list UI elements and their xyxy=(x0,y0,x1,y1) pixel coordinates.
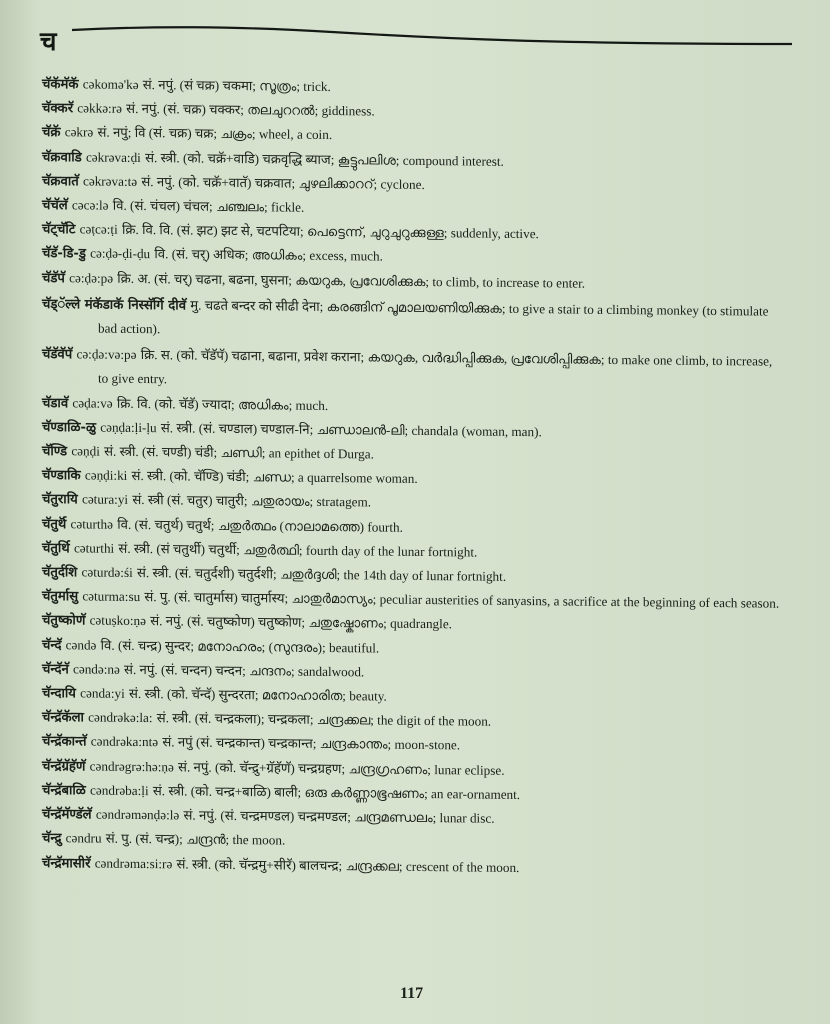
pronunciation: cəndrəka:ntə xyxy=(91,734,158,750)
headword: चॅडॅ-डि-डु xyxy=(42,246,86,261)
definition: सं. स्त्री. (सं. चतुर्दशी) चतुर्दशी; ചതു… xyxy=(137,565,506,584)
definition: सं. स्त्री. (को. चक्रॅ+वाडि) चक्रवृद्धि … xyxy=(145,150,504,169)
definition: सं. नपुं (सं. चन्द्रकान्त) चन्द्रकान्त; … xyxy=(162,735,460,753)
headword: चॅण्डि xyxy=(42,444,67,459)
entry-list: चॅकॅमॅकॅ cəkomə'kə सं. नपुं. (सं चक्र) च… xyxy=(42,72,782,882)
pronunciation: cəndrəkə:la: xyxy=(88,710,152,726)
definition: सं. नपुं. (सं. चक्र) चक्कर; തലചുററൽ; gid… xyxy=(126,101,375,119)
headword: चॅक्रॅ xyxy=(42,125,61,140)
headword: चॅड्ॅल्ले मंकॅडाकॅ निस्सॅर्गि दीवॅ xyxy=(42,297,186,314)
definition: सं. स्त्री. (सं चतुर्थी) चतुर्थी; ചതുർത്… xyxy=(118,541,477,560)
pronunciation: cəṭcə:ṭi xyxy=(80,222,118,237)
definition: सं. स्त्री. (सं. चण्डाल) चण्डाल-नि; ചണ്ഡ… xyxy=(161,420,542,439)
dictionary-entry: चॅडॅवॅपॅ cə:ḍə:və:pə क्रि. स. (को. चॅडॅप… xyxy=(42,342,782,398)
pronunciation: cəndə xyxy=(66,637,97,652)
definition: सं. स्त्री. (को. चॅण्डि) चंडी; ചണ്ഡ; a q… xyxy=(132,468,418,486)
definition: सं. स्त्री. (सं. चण्डी) चंडी; ചണ്ഡി; an … xyxy=(104,444,374,462)
headword: चॅन्द्रॅमॅण्डॅलॅ xyxy=(42,807,92,823)
headword: चॅन्दॅ xyxy=(42,638,61,653)
definition: सं. नपुं. (को. चक्रॅ+वातॅ) चक्रवात; ചുഴല… xyxy=(141,174,424,192)
pronunciation: cətura:yi xyxy=(82,492,128,507)
definition: सं. नपुं. (सं. चन्द्रमण्डल) चन्द्रमण्डल;… xyxy=(184,808,495,826)
definition: सं. पु. (सं. चन्द्र); ചന്ദ്രൻ; the moon. xyxy=(106,831,286,848)
definition: वि. (सं. चतुर्थ) चतुर्थ; ചതുർത്ഥം (നാലാമ… xyxy=(117,516,403,534)
pronunciation: cəṇḍa:ḷi-ḷu xyxy=(100,419,156,435)
header-rule xyxy=(72,24,792,54)
headword: चॅकॅमॅकॅ xyxy=(42,77,79,92)
headword: चॅन्द्रु xyxy=(42,831,61,846)
headword: चॅट्चॅटि xyxy=(42,222,75,237)
headword: चॅचॅलॅ xyxy=(42,198,68,213)
definition: सं. स्त्री. (को. चन्द्र+बाळि) बाली; ഒരു … xyxy=(153,783,520,802)
definition: सं. नपुं. (सं. चतुष्कोण) चतुष्कोण; ചതുഷ്… xyxy=(150,614,452,632)
definition: सं. स्त्री. (को. चॅन्दॅ) सुन्दरता; മനോഹാ… xyxy=(129,686,387,704)
headword: चॅडॅवॅपॅ xyxy=(42,347,72,362)
pronunciation: cəṇḍi xyxy=(71,443,100,458)
dictionary-page: च चॅकॅमॅकॅ cəkomə'kə सं. नपुं. (सं चक्र)… xyxy=(0,0,830,1024)
pronunciation: cəkomə'kə xyxy=(83,76,139,92)
headword: चॅण्डाळि-ळु xyxy=(42,420,96,436)
headword: चॅन्द्रॅकान्तॅ xyxy=(42,734,87,749)
headword: चॅन्द्रॅबाळि xyxy=(42,783,86,798)
headword: चॅडावॅ xyxy=(42,396,68,411)
headword: चॅतुरायि xyxy=(42,492,78,507)
pronunciation: cə:ḍə:və:pə xyxy=(76,347,136,363)
pronunciation: cəndrəma:si:rə xyxy=(95,855,173,871)
definition: सं. नपुं. (सं चक्र) चकमा; സൂത്രം; trick. xyxy=(143,77,331,94)
definition: वि. (सं. चन्द्र) सुन्दर; മനോഹരം; (സുന്ദര… xyxy=(101,637,380,655)
definition: सं. नपुं. (को. चॅन्द्रु+ग्रॅहॅणॅ) चन्द्र… xyxy=(178,759,504,777)
pronunciation: cəkrəva:tə xyxy=(83,173,137,189)
pronunciation: cəkrə xyxy=(65,125,94,140)
definition: वि. (सं. चर्) अधिक; അധികം; excess, much. xyxy=(154,247,383,264)
headword: चॅक्करॅ xyxy=(42,101,73,116)
headword: चॅतुर्थि xyxy=(42,541,70,556)
definition: क्रि. वि. वि. (सं. झट) झट से, चटपटिया; പ… xyxy=(122,222,539,241)
pronunciation: cəndə:nə xyxy=(73,661,120,676)
definition: सं. पु. (सं. चातुर्मास) चातुर्मास्य; ചാത… xyxy=(144,589,779,611)
pronunciation: cə:ḍə-ḍi-ḍu xyxy=(90,246,150,262)
pronunciation: cə:ḍə:pə xyxy=(69,270,113,285)
headword: चॅन्द्रॅमासीरॅ xyxy=(42,856,90,872)
definition: मु. चढते बन्दर को सीढी देना; കരങ്ങിന് പൂ… xyxy=(98,297,769,336)
pronunciation: cəndru xyxy=(66,831,102,846)
headword: चॅडॅपॅ xyxy=(42,271,65,286)
definition: क्रि. स. (को. चॅडॅपॅ) चढाना, बढाना, प्रव… xyxy=(98,347,772,386)
pronunciation: cəkkə:rə xyxy=(77,101,122,116)
definition: सं. स्त्री. (सं. चन्द्रकला); चन्द्रकला; … xyxy=(157,710,491,729)
headword: चॅतुर्थॅ xyxy=(42,517,66,532)
headword: चॅन्द्रॅग्रॅहॅणॅ xyxy=(42,759,85,774)
pronunciation: cəkrəva:ḍi xyxy=(86,149,141,165)
headword: चॅतुष्कोणॅ xyxy=(42,613,85,628)
page-number: 117 xyxy=(400,985,423,1003)
page-header: च xyxy=(40,14,800,54)
pronunciation: cəṇḍi:ki xyxy=(85,468,127,483)
headword: चॅतुर्मासु xyxy=(42,589,78,604)
definition: वि. (सं. चंचल) चंचल; ചഞ്ചലം; fickle. xyxy=(113,198,305,215)
headword: चॅण्डाकि xyxy=(42,468,81,483)
headword: चॅतुर्दशि xyxy=(42,565,77,580)
headword: चॅन्द्रॅकॅला xyxy=(42,710,84,725)
definition: सं. नपुं; वि (सं. चक्र) चक्र; ചക്രം; whe… xyxy=(97,125,332,142)
pronunciation: cəndrəmənḍə:lə xyxy=(96,807,179,823)
pronunciation: cəḍa:və xyxy=(72,395,112,410)
definition: सं. नपुं. (सं. चन्दन) चन्दन; ചന്ദനം; san… xyxy=(124,662,364,680)
section-letter: च xyxy=(40,22,57,58)
definition: क्रि. अ. (सं. चर्) चढना, बढना, घुसना; കയ… xyxy=(117,270,585,290)
headword: चॅक्रवातॅ xyxy=(42,174,79,189)
pronunciation: cəturdə:śi xyxy=(81,564,132,580)
pronunciation: cəcə:lə xyxy=(72,197,109,212)
headword: चॅन्दायि xyxy=(42,686,76,701)
pronunciation: cənda:yi xyxy=(80,685,125,700)
headword: चॅन्दॅनॅ xyxy=(42,662,69,677)
pronunciation: cəturthi xyxy=(74,540,114,555)
dictionary-entry: चॅड्ॅल्ले मंकॅडाकॅ निस्सॅर्गि दीवॅ मु. च… xyxy=(42,292,782,348)
definition: सं. स्त्री. (को. चॅन्द्रमु+सीरॅ) बालचन्द… xyxy=(177,856,520,875)
pronunciation: cətuṣko:ṇə xyxy=(90,613,146,629)
headword: चॅक्रवाडि xyxy=(42,150,82,165)
definition: सं. स्त्री (सं. चतुर) चातुरी; ചതുരായം; s… xyxy=(132,492,371,510)
definition: क्रि. वि. (को. चॅडॅ) ज्यादा; അധികം; much… xyxy=(117,395,328,412)
pronunciation: cəturma:su xyxy=(82,589,140,605)
pronunciation: cəturthə xyxy=(71,516,113,531)
pronunciation: cəndrəgrə:hə:ṇə xyxy=(90,758,174,774)
pronunciation: cəndrəba:ḷi xyxy=(90,782,149,798)
